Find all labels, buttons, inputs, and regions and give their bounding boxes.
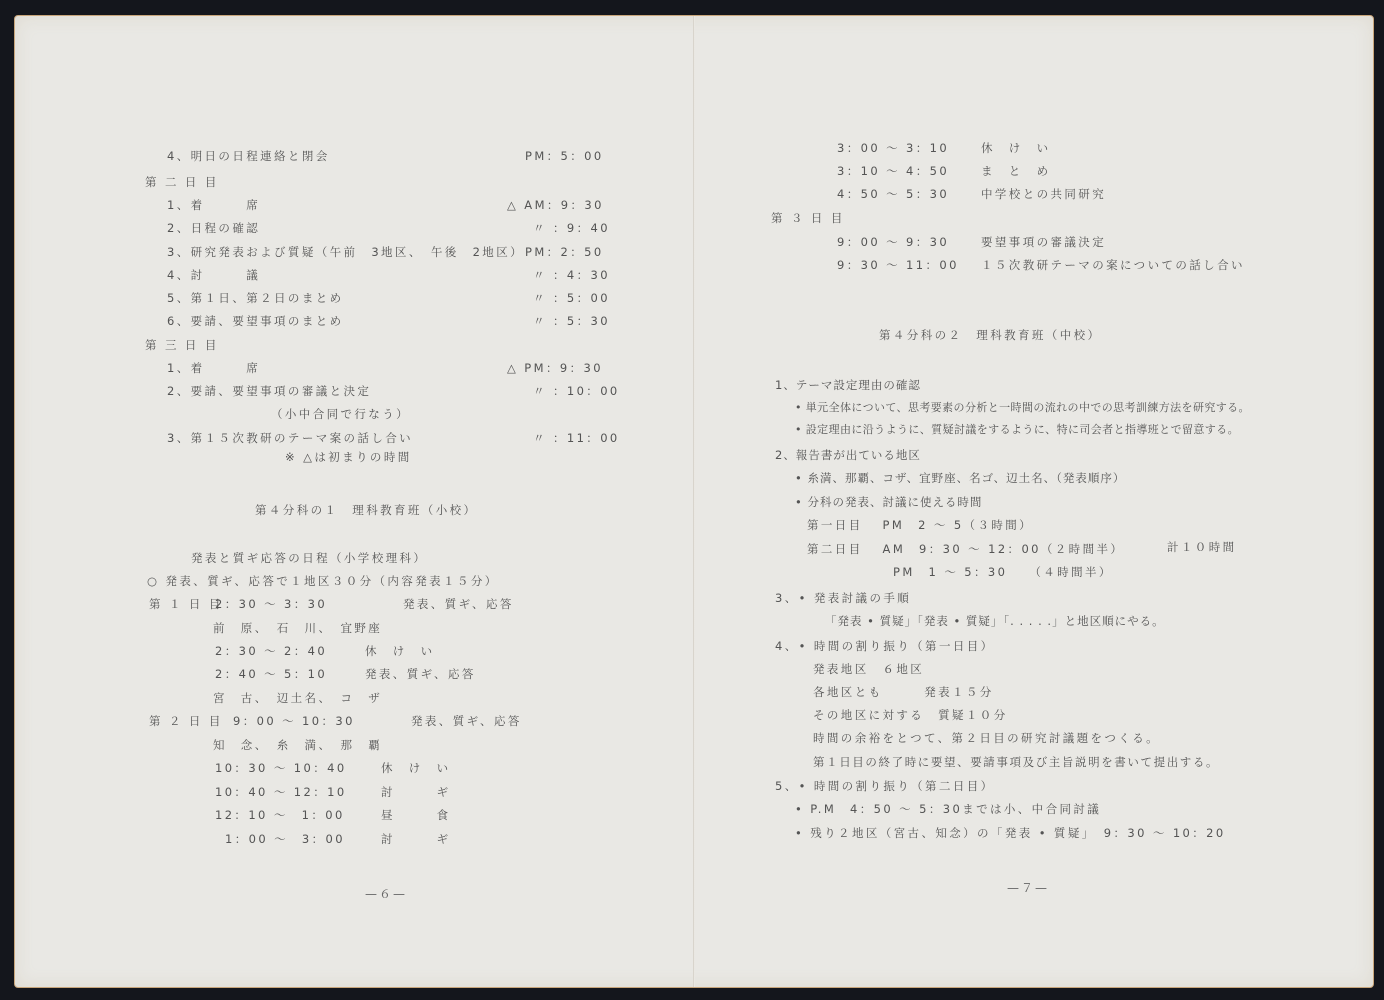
row-activity: 発表、質ギ、応答 [411,713,522,729]
list-item: • 単元全体について、思考要素の分析と一時間の流れの中での思考訓練方法を研究する… [795,399,1250,415]
list-item: 第二日目 AM 9：30 〜 12：00（２時間半） [807,541,1124,557]
list-item: その地区に対する 質疑１０分 [813,707,1008,723]
schedule-time: 〃 ：10：00 [533,383,620,399]
list-item: 4、• 時間の割り振り（第一日目） [775,638,995,654]
schedule-item: 2、要請、要望事項の審議と決定 [167,383,371,399]
schedule-item: 3、第１５次教研のテーマ案の話し合い [167,430,413,446]
row-districts: 知 念、 糸 満、 那 覇 [213,737,382,753]
row-activity: 発表、質ギ、応答 [365,666,476,682]
schedule-rule: ○ 発表、質ギ、応答で１地区３０分（内容発表１５分） [147,573,499,589]
section-subtitle: 発表と質ギ応答の日程（小学校理科） [191,550,427,566]
row-activity: 中学校との共同研究 [981,186,1106,202]
page-number: —６— [365,885,407,902]
list-item: • 残り２地区（宮古、知念）の「発表 • 質疑」 9：30 〜 10：20 [795,825,1226,841]
row-activity: 休 け い [381,760,451,776]
day-heading: 第 二 日 目 [145,174,219,190]
schedule-time: △ PM：9：30 [507,360,603,376]
row-time: 9：00 〜 10：30 [233,713,355,729]
list-item: 3、• 発表討議の手順 [775,590,911,606]
left-page: 4、明日の日程連絡と閉会 PM：5：00 第 二 日 目 1、着 席 △ AM：… [15,16,693,987]
list-item: 各地区とも 発表１５分 [813,684,994,700]
row-activity: １５次教研テーマの案についての話し合い [981,257,1245,273]
schedule-item: 3、研究発表および質疑（午前 3地区、 午後 2地区） [167,244,524,260]
list-item: PM 1 〜 5：30 （４時間半） [893,564,1113,580]
list-item: 2、報告書が出ている地区 [775,447,921,463]
schedule-item: 1、着 席 [167,197,260,213]
row-activity: 討 ギ [381,784,451,800]
row-activity: ま と め [981,163,1051,179]
schedule-time: 〃 ：5：30 [533,313,610,329]
schedule-time: △ AM：9：30 [507,197,604,213]
schedule-time: 〃 ：5：00 [533,290,610,306]
row-activity: 発表、質ギ、応答 [403,596,514,612]
row-time: 9：00 〜 9：30 [837,234,949,250]
row-time: 3：00 〜 3：10 [837,140,949,156]
list-item: • 設定理由に沿うように、質疑討議をするように、特に司会者と指導班とで留意する。 [795,421,1239,437]
schedule-time: 〃 ：4：30 [533,267,610,283]
schedule-item: 1、着 席 [167,360,260,376]
schedule-item: 4、明日の日程連絡と閉会 [167,148,330,164]
schedule-item: 5、第１日、第２日のまとめ [167,290,344,306]
row-activity: 休 け い [365,643,435,659]
schedule-time: PM：2：50 [525,244,604,260]
row-time: 4：50 〜 5：30 [837,186,949,202]
day-label: 第 １ 日 目 [149,596,223,612]
row-time: 10：30 〜 10：40 [215,760,347,776]
row-activity: 討 ギ [381,831,451,847]
schedule-note: ※ △は初まりの時間 [285,449,412,465]
day-heading: 第 三 日 目 [145,337,219,353]
schedule-time: PM：5：00 [525,148,604,164]
list-item: 第１日目の終了時に要望、要請事項及び主旨説明を書いて提出する。 [813,754,1219,770]
right-page: 3：00 〜 3：10 休 け い 3：10 〜 4：50 ま と め 4：50… [695,16,1373,987]
list-item: • 分科の発表、討議に使える時間 [795,494,982,510]
list-item: 第一日目 PM 2 〜 5（３時間） [807,517,1033,533]
day-heading: 第 ３ 日 目 [771,210,845,226]
row-time: 2：40 〜 5：10 [215,666,327,682]
row-districts: 前 原、 石 川、 宜野座 [213,620,382,636]
schedule-time: 〃 ：11：00 [533,430,620,446]
schedule-item: 2、日程の確認 [167,220,260,236]
row-activity: 昼 食 [381,807,451,823]
row-time: 12：10 〜 1：00 [215,807,345,823]
schedule-item: 4、討 議 [167,267,260,283]
list-item: • 糸満、那覇、コザ、宜野座、名ゴ、辺土名、（発表順序） [795,470,1125,486]
list-item: 5、• 時間の割り振り（第二日目） [775,778,995,794]
list-item: 発表地区 ６地区 [813,661,924,677]
row-activity: 休 け い [981,140,1051,156]
row-time: 3：10 〜 4：50 [837,163,949,179]
page-number: —７— [1007,879,1049,896]
row-activity: 要望事項の審議決定 [981,234,1106,250]
row-time: 2：30 〜 3：30 [215,596,327,612]
row-time: 1：00 〜 3：00 [225,831,345,847]
schedule-note: （小中合同で行なう） [271,406,410,422]
schedule-time: 〃 ：9：40 [533,220,610,236]
section-title: 第４分科の２ 理科教育班（中校） [879,327,1101,343]
day-label: 第 ２ 日 目 [149,713,223,729]
row-time: 9：30 〜 11：00 [837,257,959,273]
row-districts: 宮 古、 辺土名、 コ ザ [213,690,382,706]
list-item: 時間の余裕をとつて、第２日目の研究討議題をつくる。 [813,730,1160,746]
list-item: • P.M 4：50 〜 5：30までは小、中合同討議 [795,801,1101,817]
section-title: 第４分科の１ 理科教育班（小校） [255,502,477,518]
row-time: 2：30 〜 2：40 [215,643,327,659]
list-item: 1、テーマ設定理由の確認 [775,377,921,393]
list-item: 「発表 • 質疑」「発表 • 質疑」「. . . . .」と地区順にやる。 [825,613,1165,629]
row-time: 10：40 〜 12：10 [215,784,347,800]
schedule-item: 6、要請、要望事項のまとめ [167,313,344,329]
document-spread: 4、明日の日程連絡と閉会 PM：5：00 第 二 日 目 1、着 席 △ AM：… [14,15,1374,988]
total-time: 計１０時間 [1167,539,1237,555]
